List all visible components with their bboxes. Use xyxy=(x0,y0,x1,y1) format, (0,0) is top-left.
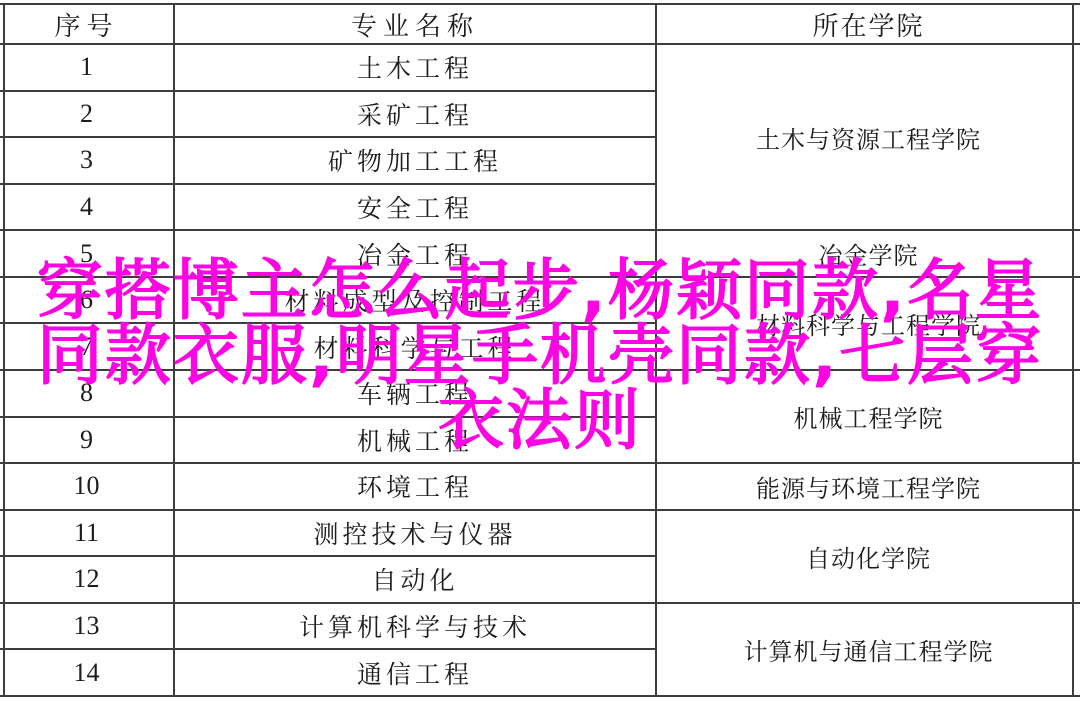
major-cell: 通信工程 xyxy=(174,649,656,696)
college-cell: 计算机与通信工程学院 xyxy=(656,603,1080,696)
header-row: 序号 专业名称 所在学院 xyxy=(0,4,1080,44)
major-cell: 环境工程 xyxy=(174,463,656,510)
row-number-cell: 2 xyxy=(0,91,174,138)
major-cell: 冶金工程 xyxy=(174,230,656,277)
row-number-cell: 13 xyxy=(0,603,174,650)
table-right-border xyxy=(1072,3,1074,697)
table-row: 8 车辆工程 机械工程学院 xyxy=(0,370,1080,417)
table-left-border xyxy=(3,3,5,697)
row-number-cell: 14 xyxy=(0,649,174,696)
college-cell: 机械工程学院 xyxy=(656,370,1080,463)
row-number-cell: 7 xyxy=(0,323,174,370)
major-cell: 车辆工程 xyxy=(174,370,656,417)
majors-table-image: 序号 专业名称 所在学院 1 土木工程 土木与资源工程学院 2 采矿工程 3 矿… xyxy=(0,0,1080,702)
header-college: 所在学院 xyxy=(656,4,1080,44)
header-number: 序号 xyxy=(0,4,174,44)
majors-table: 序号 专业名称 所在学院 1 土木工程 土木与资源工程学院 2 采矿工程 3 矿… xyxy=(0,3,1080,697)
row-number-cell: 12 xyxy=(0,556,174,603)
college-cell: 自动化学院 xyxy=(656,510,1080,603)
table-row: 1 土木工程 土木与资源工程学院 xyxy=(0,44,1080,91)
row-number-cell: 11 xyxy=(0,510,174,557)
major-cell: 计算机科学与技术 xyxy=(174,603,656,650)
college-cell: 能源与环境工程学院 xyxy=(656,463,1080,510)
row-number-cell: 5 xyxy=(0,230,174,277)
college-cell: 材料科学与工程学院 xyxy=(656,277,1080,370)
row-number-cell: 6 xyxy=(0,277,174,324)
major-cell: 土木工程 xyxy=(174,44,656,91)
college-cell: 冶金学院 xyxy=(656,230,1080,277)
major-cell: 矿物加工工程 xyxy=(174,137,656,184)
row-number-cell: 1 xyxy=(0,44,174,91)
major-cell: 材料科学与工程 xyxy=(174,323,656,370)
row-number-cell: 3 xyxy=(0,137,174,184)
row-number-cell: 9 xyxy=(0,417,174,464)
table-row: 11 测控技术与仪器 自动化学院 xyxy=(0,510,1080,557)
row-number-cell: 8 xyxy=(0,370,174,417)
college-cell: 土木与资源工程学院 xyxy=(656,44,1080,230)
major-cell: 材料成型及控制工程 xyxy=(174,277,656,324)
row-number-cell: 10 xyxy=(0,463,174,510)
major-cell: 安全工程 xyxy=(174,184,656,231)
table-row: 6 材料成型及控制工程 材料科学与工程学院 xyxy=(0,277,1080,324)
table-row: 5 冶金工程 冶金学院 xyxy=(0,230,1080,277)
table-row: 10 环境工程 能源与环境工程学院 xyxy=(0,463,1080,510)
major-cell: 采矿工程 xyxy=(174,91,656,138)
header-major: 专业名称 xyxy=(174,4,656,44)
row-number-cell: 4 xyxy=(0,184,174,231)
major-cell: 自动化 xyxy=(174,556,656,603)
major-cell: 测控技术与仪器 xyxy=(174,510,656,557)
table-row: 13 计算机科学与技术 计算机与通信工程学院 xyxy=(0,603,1080,650)
major-cell: 机械工程 xyxy=(174,417,656,464)
